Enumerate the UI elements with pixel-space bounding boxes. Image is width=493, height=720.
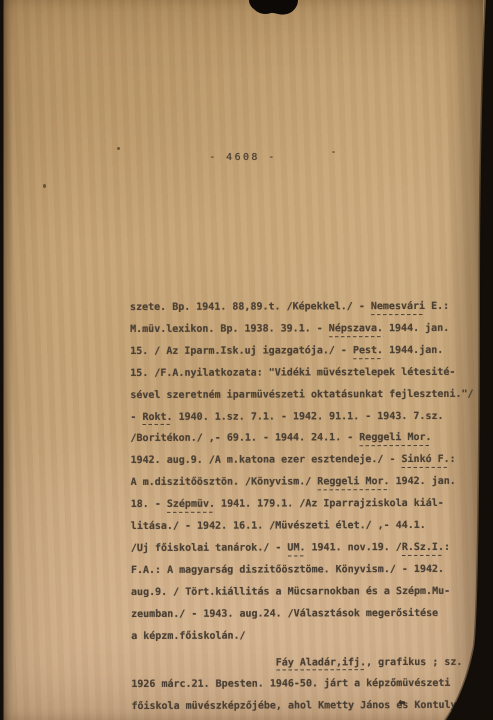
text-segment: /Uj főiskolai tanárok./ - bbox=[131, 542, 288, 554]
text-line: A m.diszitőösztön. /Könyvism./ Reggeli M… bbox=[131, 471, 487, 494]
page-number: - 4608 - bbox=[0, 152, 486, 163]
underlined-text: Sinkó F. bbox=[401, 454, 449, 468]
text-segment: E.: bbox=[425, 301, 449, 312]
text-segment: F.A.: A magyarság diszitőösztöme. Könyvi… bbox=[131, 564, 444, 576]
text-segment: 1940. 1.sz. 7.1. - 1942. 91.1. - 1943. 7… bbox=[173, 410, 444, 422]
paper-speck bbox=[399, 701, 405, 704]
text-segment: litása./ - 1942. 16.1. /Müvészeti élet./… bbox=[131, 520, 426, 532]
text-segment: a képzm.főiskolán./ bbox=[131, 630, 245, 641]
text-line: Fáy Aladár,ifj., grafikus ; sz. bbox=[131, 651, 487, 674]
text-segment: : bbox=[444, 542, 450, 553]
underlined-text: Szépmüv. bbox=[167, 499, 215, 513]
text-line: főiskola müvészképzőjébe, ahol Kmetty Já… bbox=[131, 695, 487, 718]
underlined-text: Nemesvári bbox=[371, 301, 425, 315]
text-segment: A m.diszitőösztön. /Könyvism./ bbox=[131, 477, 318, 489]
text-segment: 1944. jan. bbox=[383, 323, 449, 334]
underlined-text: Pest. bbox=[353, 345, 383, 359]
text-line: 1942. aug.9. /A m.katona ezer esztendeje… bbox=[131, 449, 487, 472]
underlined-text: Rokt. bbox=[142, 411, 172, 425]
text-segment: 1944.jan. bbox=[383, 345, 443, 356]
text-line: /Uj főiskolai tanárok./ - UM. 1941. nov.… bbox=[131, 537, 487, 560]
left-edge-shadow bbox=[3, 0, 13, 720]
text-line: a képzm.főiskolán./ bbox=[131, 624, 487, 647]
underlined-text: Reggeli Mor. bbox=[317, 476, 389, 490]
text-line: zeumban./ - 1943. aug.24. /Választások m… bbox=[131, 602, 487, 625]
text-segment: sével szeretném iparmüvészeti oktatásunk… bbox=[130, 388, 473, 400]
text-segment: 15. / Az Iparm.Isk.uj igazgatója./ - bbox=[130, 345, 353, 357]
text-segment: 1941. 179.1. /Az Iparrajziskola kiál- bbox=[215, 498, 444, 510]
text-block: szete. Bp. 1941. 88,89.t. /Képekkel./ - … bbox=[130, 296, 487, 718]
text-line: M.müv.lexikon. Bp. 1938. 39.1. - Népszav… bbox=[130, 318, 486, 341]
underlined-text: UM. bbox=[287, 542, 305, 556]
paper-speck bbox=[117, 147, 120, 150]
text-line: sével szeretném iparmüvészeti oktatásunk… bbox=[130, 383, 486, 406]
scanned-page: - 4608 - szete. Bp. 1941. 88,89.t. /Képe… bbox=[0, 0, 493, 720]
text-segment: , grafikus ; sz. bbox=[366, 656, 462, 667]
text-line: litása./ - 1942. 16.1. /Müvészeti élet./… bbox=[131, 515, 487, 538]
text-segment: 1926 márc.21. Bpesten. 1946-50. járt a k… bbox=[131, 678, 450, 690]
text-line: szete. Bp. 1941. 88,89.t. /Képekkel./ - … bbox=[130, 296, 486, 319]
text-segment: M.müv.lexikon. Bp. 1938. 39.1. - bbox=[130, 323, 329, 335]
text-segment: szete. Bp. 1941. 88,89.t. /Képekkel./ - bbox=[130, 301, 371, 313]
paragraph: Fáy Aladár,ifj., grafikus ; sz.1926 márc… bbox=[131, 651, 487, 718]
paper-speck bbox=[332, 151, 335, 153]
text-line: 18. - Szépmüv. 1941. 179.1. /Az Iparrajz… bbox=[131, 493, 487, 516]
text-line: 15. /F.A.nyilatkozata: "Vidéki müvésztel… bbox=[130, 361, 486, 384]
text-segment: : bbox=[450, 454, 456, 465]
paper-sheet: - 4608 - szete. Bp. 1941. 88,89.t. /Képe… bbox=[0, 0, 493, 720]
underlined-text: Fáy Aladár,ifj. bbox=[276, 657, 366, 671]
underlined-text: R.Sz.I. bbox=[402, 542, 444, 556]
text-line: - Rokt. 1940. 1.sz. 7.1. - 1942. 91.1. -… bbox=[130, 405, 486, 428]
text-line: F.A.: A magyarság diszitőösztöme. Könyvi… bbox=[131, 559, 487, 582]
text-line: /Boritékon./ ,- 69.1. - 1944. 24.1. - Re… bbox=[130, 427, 486, 450]
paper-speck bbox=[43, 184, 46, 188]
text-line: 1926 márc.21. Bpesten. 1946-50. járt a k… bbox=[131, 673, 487, 696]
text-segment: 15. /F.A.nyilatkozata: "Vidéki müvésztel… bbox=[130, 367, 455, 379]
text-line: 15. / Az Iparm.Isk.uj igazgatója./ - Pes… bbox=[130, 340, 486, 363]
text-segment: 1942. jan. bbox=[390, 476, 456, 487]
text-segment: 18. - bbox=[131, 499, 167, 510]
underlined-text: Reggeli Mor. bbox=[359, 432, 431, 446]
text-segment bbox=[131, 657, 276, 669]
text-segment: 1941. nov.19. / bbox=[305, 542, 401, 553]
text-segment: zeumban./ - 1943. aug.24. /Választások m… bbox=[131, 608, 438, 620]
text-segment: - bbox=[130, 411, 142, 422]
text-segment: /Boritékon./ ,- 69.1. - 1944. 24.1. - bbox=[130, 433, 359, 445]
paragraph: szete. Bp. 1941. 88,89.t. /Képekkel./ - … bbox=[130, 296, 487, 648]
text-segment: 1942. aug.9. /A m.katona ezer esztendeje… bbox=[131, 454, 402, 466]
text-line: aug.9. / Tört.kiállitás a Mücsarnokban é… bbox=[131, 581, 487, 604]
text-segment: aug.9. / Tört.kiállitás a Mücsarnokban é… bbox=[131, 586, 450, 598]
underlined-text: Népszava. bbox=[329, 323, 383, 337]
text-segment: főiskola müvészképzőjébe, ahol Kmetty Já… bbox=[131, 700, 456, 712]
